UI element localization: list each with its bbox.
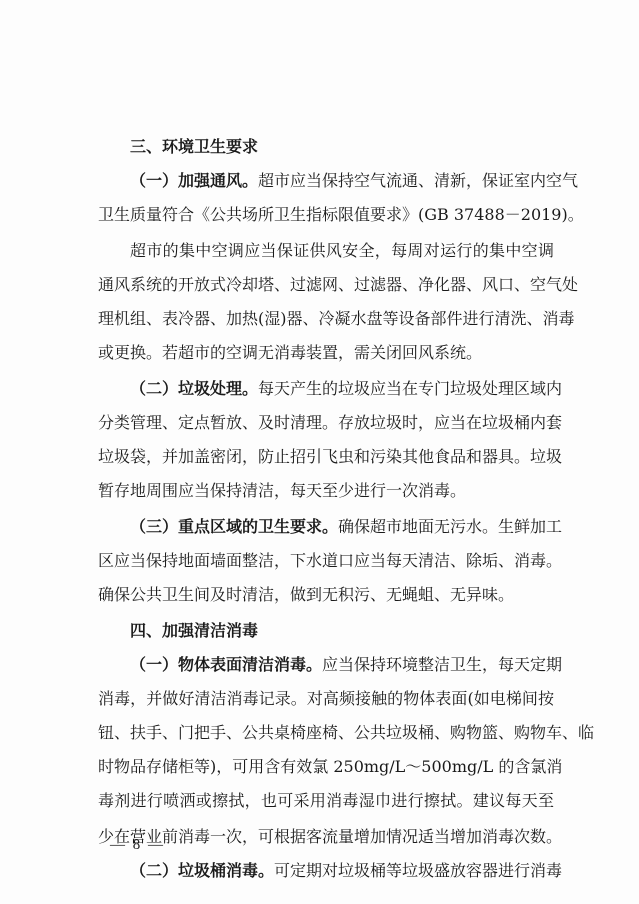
text-line: 暂存地周围应当保持清洁，每天至少进行一次消毒。 <box>98 480 554 502</box>
paragraph-lead: （二）垃圾处理。 <box>130 379 258 398</box>
line-text: 确保超市地面无污水。生鲜加工 <box>338 517 562 536</box>
text-line: （一）物体表面清洁消毒。应当保持环境整洁卫生，每天定期 <box>130 654 554 676</box>
text-line: 超市的集中空调应当保证供风安全，每周对运行的集中空调 <box>130 240 554 262</box>
text-line: 毒剂进行喷洒或擦拭，也可采用消毒湿巾进行擦拭。建议每天至 <box>98 790 554 812</box>
text-line: （二）垃圾桶消毒。可定期对垃圾桶等垃圾盛放容器进行消毒 <box>130 860 554 882</box>
paragraph-lead: （一）物体表面清洁消毒。 <box>130 655 322 674</box>
document-page: 三、环境卫生要求（一）加强通风。超市应当保持空气流通、清新，保证室内空气卫生质量… <box>0 0 639 904</box>
paragraph-lead: （三）重点区域的卫生要求。 <box>130 517 338 536</box>
text-line: （三）重点区域的卫生要求。确保超市地面无污水。生鲜加工 <box>130 516 554 538</box>
text-line: 消毒，并做好清洁消毒记录。对高频接触的物体表面(如电梯间按 <box>98 688 554 710</box>
line-text: 理机组、表冷器、加热(湿)器、冷凝水盘等设备部件进行清洗、消毒 <box>98 309 575 328</box>
line-text: 应当保持环境整洁卫生，每天定期 <box>322 655 562 674</box>
page-number: — 8 — <box>110 835 165 855</box>
text-line: 钮、扶手、门把手、公共桌椅座椅、公共垃圾桶、购物篮、购物车、临 <box>98 722 554 744</box>
text-line: 少在营业前消毒一次，可根据客流量增加情况适当增加消毒次数。 <box>98 826 554 848</box>
text-line: （一）加强通风。超市应当保持空气流通、清新，保证室内空气 <box>130 170 554 192</box>
line-text: 或更换。若超市的空调无消毒装置，需关闭回风系统。 <box>98 343 482 362</box>
text-line: （二）垃圾处理。每天产生的垃圾应当在专门垃圾处理区域内 <box>130 378 554 400</box>
line-text: 暂存地周围应当保持清洁，每天至少进行一次消毒。 <box>98 481 466 500</box>
line-text: 超市应当保持空气流通、清新，保证室内空气 <box>258 171 578 190</box>
line-text: 时物品存储柜等)，可用含有效氯 250mg/L～500mg/L 的含氯消 <box>98 757 562 776</box>
line-text: 确保公共卫生间及时清洁，做到无积污、无蝇蛆、无异味。 <box>98 585 514 604</box>
text-line: 理机组、表冷器、加热(湿)器、冷凝水盘等设备部件进行清洗、消毒 <box>98 308 554 330</box>
text-line: 卫生质量符合《公共场所卫生指标限值要求》(GB 37488－2019)。 <box>98 204 554 226</box>
line-text: 超市的集中空调应当保证供风安全，每周对运行的集中空调 <box>130 241 554 260</box>
line-text: 毒剂进行喷洒或擦拭，也可采用消毒湿巾进行擦拭。建议每天至 <box>98 791 554 810</box>
line-text: 四、加强清洁消毒 <box>130 621 258 640</box>
line-text: 区应当保持地面墙面整洁，下水道口应当每天清洁、除垢、消毒。 <box>98 551 562 570</box>
text-line: 时物品存储柜等)，可用含有效氯 250mg/L～500mg/L 的含氯消 <box>98 756 554 778</box>
line-text: 垃圾袋，并加盖密闭，防止招引飞虫和污染其他食品和器具。垃圾 <box>98 447 562 466</box>
text-line: 区应当保持地面墙面整洁，下水道口应当每天清洁、除垢、消毒。 <box>98 550 554 572</box>
paragraph-lead: （二）垃圾桶消毒。 <box>130 861 274 880</box>
line-text: 少在营业前消毒一次，可根据客流量增加情况适当增加消毒次数。 <box>98 827 562 846</box>
line-text: 钮、扶手、门把手、公共桌椅座椅、公共垃圾桶、购物篮、购物车、临 <box>98 723 594 742</box>
line-text: 可定期对垃圾桶等垃圾盛放容器进行消毒 <box>274 861 562 880</box>
line-text: 三、环境卫生要求 <box>130 137 258 156</box>
paragraph-lead: （一）加强通风。 <box>130 171 258 190</box>
text-line: 通风系统的开放式冷却塔、过滤网、过滤器、净化器、风口、空气处 <box>98 274 554 296</box>
line-text: 消毒，并做好清洁消毒记录。对高频接触的物体表面(如电梯间按 <box>98 689 554 708</box>
line-text: 卫生质量符合《公共场所卫生指标限值要求》(GB 37488－2019)。 <box>98 205 584 224</box>
section-heading: 三、环境卫生要求 <box>130 136 554 158</box>
text-line: 分类管理、定点暂放、及时清理。存放垃圾时，应当在垃圾桶内套 <box>98 412 554 434</box>
line-text: 通风系统的开放式冷却塔、过滤网、过滤器、净化器、风口、空气处 <box>98 275 578 294</box>
text-line: 垃圾袋，并加盖密闭，防止招引飞虫和污染其他食品和器具。垃圾 <box>98 446 554 468</box>
line-text: 每天产生的垃圾应当在专门垃圾处理区域内 <box>258 379 562 398</box>
text-line: 确保公共卫生间及时清洁，做到无积污、无蝇蛆、无异味。 <box>98 584 554 606</box>
line-text: 分类管理、定点暂放、及时清理。存放垃圾时，应当在垃圾桶内套 <box>98 413 562 432</box>
section-heading: 四、加强清洁消毒 <box>130 620 554 642</box>
text-line: 或更换。若超市的空调无消毒装置，需关闭回风系统。 <box>98 342 554 364</box>
